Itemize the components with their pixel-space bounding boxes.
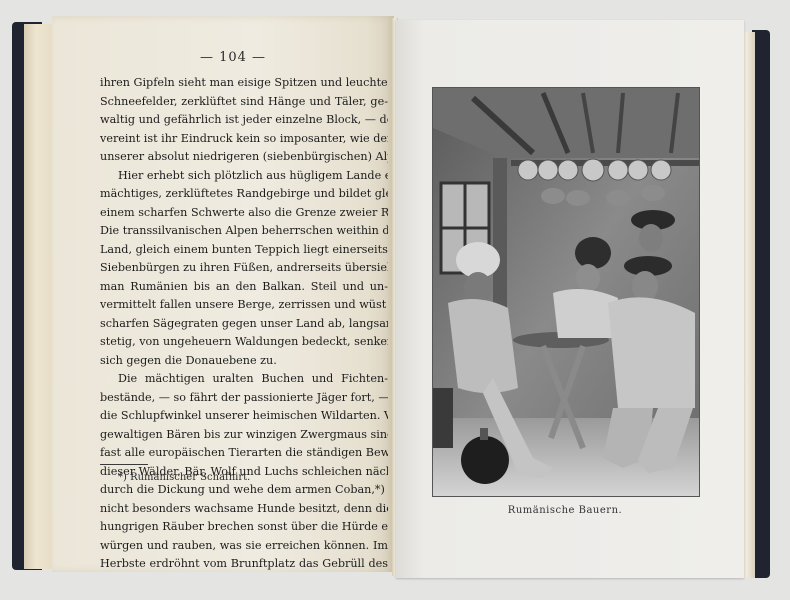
text-line: waltig und gefährlich ist jeder einzelne… [100, 111, 388, 130]
page-number: — 104 — [188, 50, 278, 65]
text-line: Die transsilvanischen Alpen beherrschen … [100, 222, 388, 241]
text-line: bestände, — so fährt der passionierte Jä… [100, 389, 388, 408]
text-line: gewaltigen Bären bis zur winzigen Zwergm… [100, 426, 388, 445]
text-line: die Schlupfwinkel unserer heimischen Wil… [100, 407, 388, 426]
figure-caption: Rumänische Bauern. [432, 505, 698, 516]
text-line: Herbste erdröhnt vom Brunftplatz das Geb… [100, 555, 388, 574]
text-line: man Rumänien bis an den Balkan. Steil un… [100, 278, 388, 297]
text-line: durch die Dickung und wehe dem armen Cob… [100, 481, 388, 500]
footnote: *) Rumänischer Schafhirt. [118, 472, 250, 483]
page-stack-left [24, 24, 54, 569]
text-line: Hier erhebt sich plötzlich aus hügligem … [100, 167, 388, 186]
text-line: scharfen Sägegraten gegen unser Land ab,… [100, 315, 388, 334]
text-line: unserer absolut niedrigeren (siebenbürgi… [100, 148, 388, 167]
text-line: einem scharfen Schwerte also die Grenze … [100, 204, 388, 223]
text-line: Die mächtigen uralten Buchen und Fichten… [100, 370, 388, 389]
text-line: vereint ist ihr Eindruck kein so imposan… [100, 130, 388, 149]
text-line: ihren Gipfeln sieht man eisige Spitzen u… [100, 74, 388, 93]
text-line: nicht besonders wachsame Hunde besitzt, … [100, 500, 388, 519]
illustration-photograph [432, 87, 700, 497]
text-line: Land, gleich einem bunten Teppich liegt … [100, 241, 388, 260]
text-line: vermittelt fallen unsere Berge, zerrisse… [100, 296, 388, 315]
body-text: ihren Gipfeln sieht man eisige Spitzen u… [100, 74, 388, 574]
text-line: hungrigen Räuber brechen sonst über die … [100, 518, 388, 537]
text-line: Siebenbürgen zu ihren Füßen, andrerseits… [100, 259, 388, 278]
footnote-divider [100, 464, 148, 465]
text-line: stetig, von ungeheuern Waldungen bedeckt… [100, 333, 388, 352]
text-line: fast alle europäischen Tierarten die stä… [100, 444, 388, 463]
text-line: würgen und rauben, was sie erreichen kön… [100, 537, 388, 556]
text-line: mächtiges, zerklüftetes Randgebirge und … [100, 185, 388, 204]
text-line: sich gegen die Donauebene zu. [100, 352, 388, 371]
text-line: Schneefelder, zerklüftet sind Hänge und … [100, 93, 388, 112]
